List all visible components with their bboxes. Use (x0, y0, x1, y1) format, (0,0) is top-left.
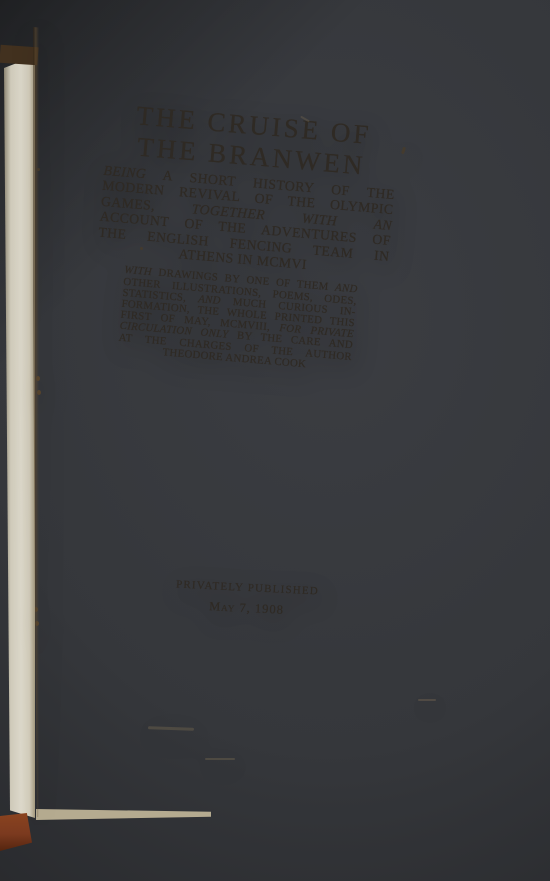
title-page: THE CRUISE OFTHE BRANWEN BEING A SHORT H… (0, 0, 550, 881)
book-photo: THE CRUISE OFTHE BRANWEN BEING A SHORT H… (0, 0, 550, 881)
sewing-hole (37, 390, 41, 395)
sewing-hole (36, 376, 40, 381)
sewing-hole (34, 607, 38, 612)
page-smudge (418, 699, 436, 701)
title-page-text: THE CRUISE OFTHE BRANWEN BEING A SHORT H… (88, 95, 401, 377)
foxing-speck (140, 247, 143, 250)
book-gutter (33, 25, 39, 817)
page-wrap: THE CRUISE OFTHE BRANWEN BEING A SHORT H… (0, 0, 550, 881)
foxing-speck (37, 168, 40, 171)
date-line: May 7, 1908 (126, 595, 366, 622)
colophon: PRIVATELY PUBLISHED May 7, 1908 (126, 576, 367, 622)
page-smudge (205, 758, 235, 760)
page-smudge (148, 726, 194, 731)
sewing-hole (35, 621, 39, 626)
imprint-note: WITH DRAWINGS BY ONE OF THEM ANDOTHER IL… (117, 265, 358, 374)
foxing-speck (401, 147, 406, 155)
